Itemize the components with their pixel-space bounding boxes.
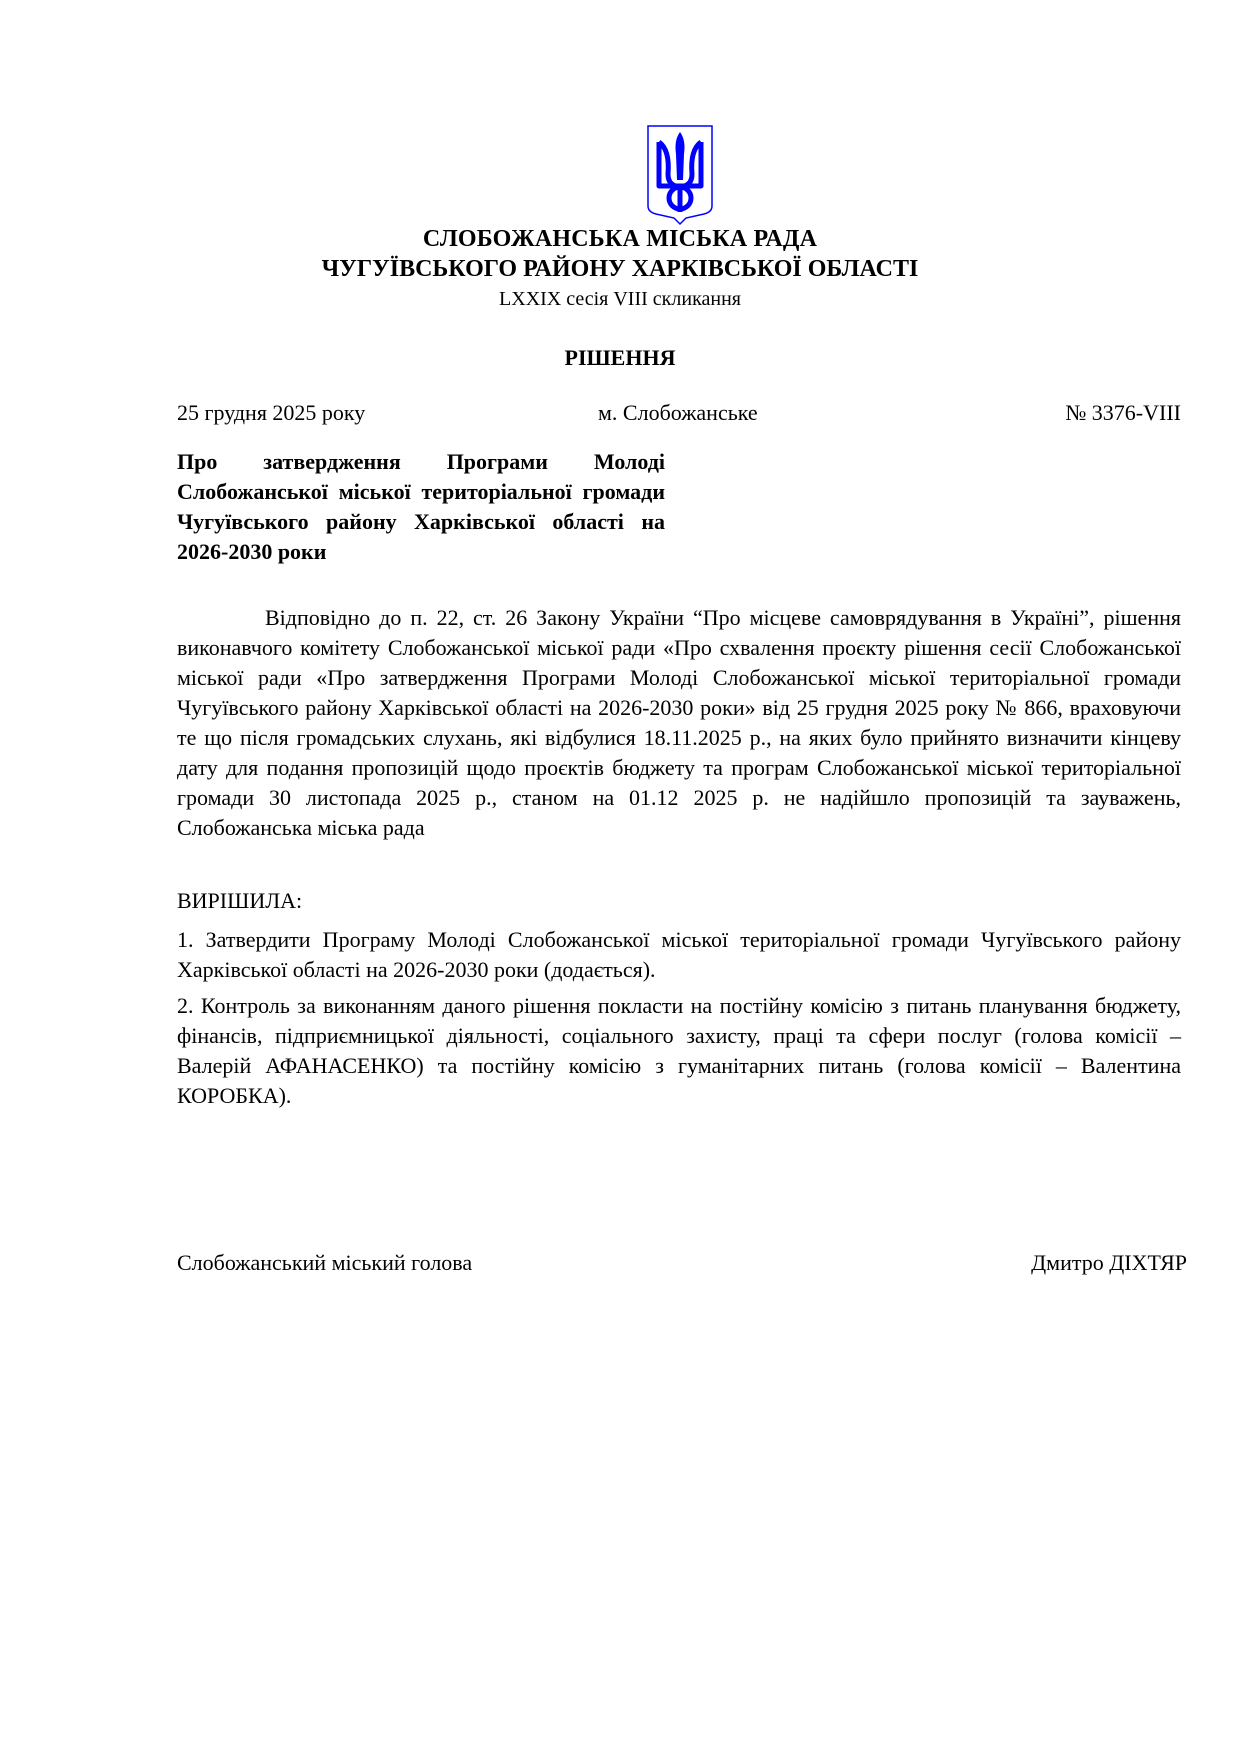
signatory-name: Дмитро ДІХТЯР: [1031, 1250, 1187, 1276]
document-type-title: РІШЕННЯ: [0, 345, 1240, 371]
preamble-paragraph: Відповідно до п. 22, ст. 26 Закону Украї…: [177, 603, 1181, 843]
council-name: СЛОБОЖАНСЬКА МІСЬКА РАДА: [0, 226, 1240, 253]
document-number: № 3376-VIII: [1065, 400, 1181, 426]
session-info: LXXIX сесія VIII скликання: [0, 288, 1240, 311]
coat-of-arms-trident-icon: [646, 124, 714, 226]
decision-item-1: 1. Затвердити Програму Молоді Слобожансь…: [177, 925, 1181, 985]
document-date: 25 грудня 2025 року: [177, 400, 365, 426]
decision-item-2: 2. Контроль за виконанням даного рішення…: [177, 991, 1181, 1111]
signature-row: Слобожанський міський голова Дмитро ДІХТ…: [177, 1250, 1187, 1276]
document-subject: Про затвердження Програми Молоді Слобожа…: [177, 447, 665, 567]
signatory-position: Слобожанський міський голова: [177, 1250, 472, 1275]
district-region-name: ЧУГУЇВСЬКОГО РАЙОНУ ХАРКІВСЬКОЇ ОБЛАСТІ: [0, 256, 1240, 283]
document-meta-row: 25 грудня 2025 року м. Слобожанське № 33…: [177, 400, 1181, 426]
resolved-label: ВИРІШИЛА:: [177, 886, 1181, 916]
document-page: СЛОБОЖАНСЬКА МІСЬКА РАДА ЧУГУЇВСЬКОГО РА…: [0, 0, 1240, 1754]
document-place: м. Слобожанське: [598, 400, 758, 426]
